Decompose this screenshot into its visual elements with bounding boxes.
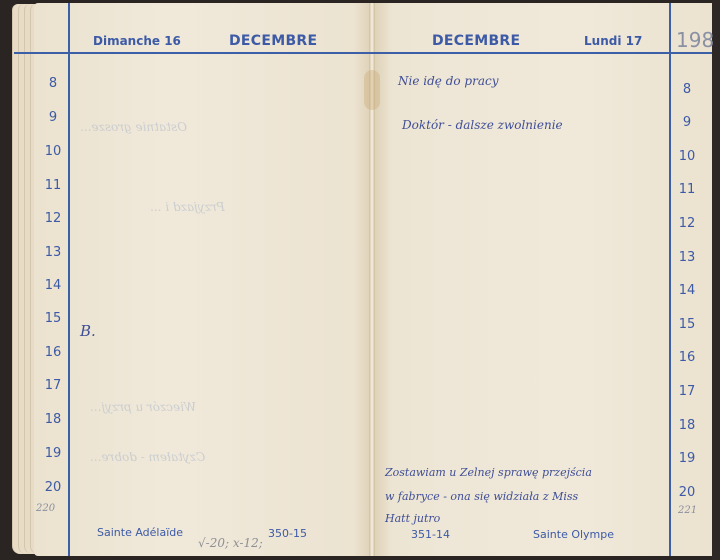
hour-label: 20 <box>672 485 702 500</box>
hour-label: 14 <box>38 278 68 293</box>
spine-stain <box>364 70 380 110</box>
hour-label: 18 <box>38 412 68 427</box>
right-day-count: 351-14 <box>411 528 450 541</box>
pencil-note: √-20; x-12; <box>198 536 263 550</box>
hour-label: 11 <box>672 182 702 197</box>
diary-spread: Dimanche 16 DECEMBRE DECEMBRE Lundi 17 1… <box>0 0 720 560</box>
hour-label: 16 <box>672 350 702 365</box>
left-month-label: DECEMBRE <box>229 33 317 49</box>
handwritten-note: Zostawiam u Zelnej sprawę przejścia <box>385 466 592 479</box>
hour-label: 11 <box>38 178 68 193</box>
right-saint-name: Sainte Olympe <box>533 528 614 541</box>
left-saint-name: Sainte Adélaïde <box>97 526 183 539</box>
left-day-count: 350-15 <box>268 527 307 540</box>
left-page <box>34 3 374 556</box>
hour-label: 15 <box>672 317 702 332</box>
hour-label: 20 <box>38 480 68 495</box>
hour-label: 14 <box>672 283 702 298</box>
hour-label: 13 <box>672 250 702 265</box>
hour-label: 13 <box>38 245 68 260</box>
hour-label: 19 <box>672 451 702 466</box>
hour-label: 9 <box>672 115 702 130</box>
bleed-through-text: Wieczór u przyj... <box>90 400 196 414</box>
hour-label: 16 <box>38 345 68 360</box>
bleed-through-text: Przyjazd i ... <box>150 200 225 214</box>
hour-label: 10 <box>38 144 68 159</box>
bleed-through-text: Ostatnie grosze... <box>80 120 187 134</box>
background-edge <box>712 0 720 560</box>
left-margin-rule <box>68 3 70 556</box>
right-day-label: Lundi 17 <box>584 34 642 48</box>
right-month-label: DECEMBRE <box>432 33 520 49</box>
hour-label: 12 <box>38 211 68 226</box>
hour-label: 10 <box>672 149 702 164</box>
header-rule <box>14 52 712 54</box>
handwritten-note: Hatt jutro <box>385 512 440 525</box>
hour-label: 12 <box>672 216 702 231</box>
hour-label: 17 <box>672 384 702 399</box>
hour-label: 8 <box>672 82 702 97</box>
bleed-through-text: Czytałem - dobre... <box>90 450 205 464</box>
handwritten-note: Nie idę do pracy <box>398 74 498 88</box>
hour-label: 8 <box>38 76 68 91</box>
hour-label: 19 <box>38 446 68 461</box>
hour-label: 15 <box>38 311 68 326</box>
left-day-label: Dimanche 16 <box>93 34 181 48</box>
hour-label: 9 <box>38 110 68 125</box>
handwritten-note: w fabryce - ona się widziała z Miss <box>385 490 578 503</box>
right-margin-rule <box>669 3 671 556</box>
left-page-number: 220 <box>36 503 55 514</box>
hour-label: 18 <box>672 418 702 433</box>
handwritten-note: B. <box>80 322 96 340</box>
right-page-number: 221 <box>678 505 697 516</box>
hour-label: 17 <box>38 378 68 393</box>
folio-number: 198 <box>676 28 714 52</box>
handwritten-note: Doktór - dalsze zwolnienie <box>402 118 563 132</box>
